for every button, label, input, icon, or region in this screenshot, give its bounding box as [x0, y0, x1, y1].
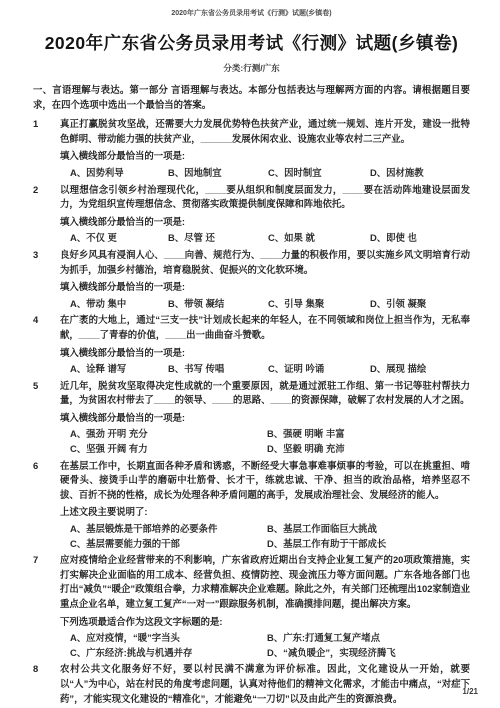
option-b: B、因地制宜	[168, 166, 268, 181]
page-number: 1/21	[462, 687, 478, 696]
option-c: C、证明 吟诵	[268, 362, 370, 377]
question-prompt: 填入横线部分最恰当的一项是:	[60, 346, 470, 361]
section-intro: 一、言语理解与表达。第一部分 言语理解与表达。本部分包括表达与理解两方面的内容。…	[33, 83, 470, 112]
question-number: 3	[33, 248, 60, 311]
option-a: A、强劲 开明 充分	[70, 427, 267, 442]
option-d: D、坚毅 明确 充沛	[267, 442, 470, 457]
option-b: B、广东:打通复工复产堵点	[267, 631, 470, 646]
question-number: 5	[33, 379, 60, 457]
question-1: 1 真正打赢脱贫攻坚战，还需要大力发展优势特色扶贫产业，通过统一规划、连片开发，…	[33, 117, 470, 180]
question-prompt: 下列选项最适合作为这段文字标题的是:	[60, 615, 470, 630]
option-b: B、书写 传唱	[168, 362, 268, 377]
question-6: 6 在基层工作中，长期直面各种矛盾和诱惑，不断经受大事急事难事烦事的考验，可以在…	[33, 459, 470, 552]
option-d: D、引领 凝聚	[370, 297, 470, 312]
question-list: 1 真正打赢脱贫攻坚战，还需要大力发展优势特色扶贫产业，通过统一规划、连片开发，…	[33, 117, 470, 706]
question-body: 农村公共文化服务好不好，要以村民满不满意为评价标准。因此，文化建设从一开始，就要…	[60, 662, 470, 706]
question-5: 5 近几年，脱贫攻坚取得决定性成就的一个重要原因，就是通过派驻工作组、第一书记等…	[33, 379, 470, 457]
question-stem: 良好乡风具有浸润人心、____向善、规范行为、____力量的积极作用，要以实施乡…	[60, 248, 470, 277]
question-stem: 以理想信念引领乡村治理现代化，____要从组织和制度层面发力，____要在活动阵…	[60, 183, 470, 212]
running-header: 2020年广东省公务员录用考试《行测》试题(乡镇卷)	[33, 8, 470, 18]
question-prompt: 填入横线部分最恰当的一项是:	[60, 411, 470, 426]
option-c: C、基层需要能力强的干部	[70, 537, 267, 552]
option-c: C、引导 集聚	[268, 297, 370, 312]
option-d: D、因材施教	[370, 166, 470, 181]
option-c: C、如果 就	[268, 231, 370, 246]
option-b: B、强硬 明晰 丰富	[267, 427, 470, 442]
question-number: 2	[33, 183, 60, 246]
question-body: 真正打赢脱贫攻坚战，还需要大力发展优势特色扶贫产业，通过统一规划、连片开发，建设…	[60, 117, 470, 180]
option-c: C、因时制宜	[268, 166, 370, 181]
question-3: 3 良好乡风具有浸润人心、____向善、规范行为、____力量的积极作用，要以实…	[33, 248, 470, 311]
question-number: 8	[33, 662, 60, 706]
option-b: B、尽管 还	[168, 231, 268, 246]
question-prompt: 填入横线部分最恰当的一项是:	[60, 215, 470, 230]
question-body: 良好乡风具有浸润人心、____向善、规范行为、____力量的积极作用，要以实施乡…	[60, 248, 470, 311]
question-number: 4	[33, 313, 60, 376]
option-a: A、不仅 更	[70, 231, 168, 246]
page-title: 2020年广东省公务员录用考试《行测》试题(乡镇卷)	[33, 30, 470, 55]
option-a: A、诠释 谱写	[70, 362, 168, 377]
question-options: A、因势利导 B、因地制宜 C、因时制宜 D、因材施教	[60, 166, 470, 181]
question-body: 应对疫情给企业经营带来的不利影响，广东省政府近期出台支持企业复工复产的20项政策…	[60, 553, 470, 660]
question-options: A、强劲 开明 充分 B、强硬 明晰 丰富 C、坚强 开阔 有力 D、坚毅 明确…	[60, 427, 470, 456]
question-prompt: 填入横线部分最恰当的一项是:	[60, 280, 470, 295]
question-7: 7 应对疫情给企业经营带来的不利影响，广东省政府近期出台支持企业复工复产的20项…	[33, 553, 470, 660]
option-d: D、基层工作有助于干部成长	[267, 537, 470, 552]
question-stem: 真正打赢脱贫攻坚战，还需要大力发展优势特色扶贫产业，通过统一规划、连片开发，建设…	[60, 117, 470, 146]
option-c: C、广东经济:挑战与机遇并存	[70, 646, 267, 661]
question-stem: 近几年，脱贫攻坚取得决定性成就的一个重要原因，就是通过派驻工作组、第一书记等驻村…	[60, 379, 470, 408]
question-2: 2 以理想信念引领乡村治理现代化，____要从组织和制度层面发力，____要在活…	[33, 183, 470, 246]
option-d: D、即使 也	[370, 231, 470, 246]
question-body: 在基层工作中，长期直面各种矛盾和诱惑，不断经受大事急事难事烦事的考验，可以在挑重…	[60, 459, 470, 552]
question-8: 8 农村公共文化服务好不好，要以村民满不满意为评价标准。因此，文化建设从一开始，…	[33, 662, 470, 706]
option-a: A、应对疫情，“暖”字当头	[70, 631, 267, 646]
question-options: A、基层锻炼是干部培养的必要条件 B、基层工作面临巨大挑战 C、基层需要能力强的…	[60, 522, 470, 551]
question-prompt: 上述文段主要说明了:	[60, 505, 470, 520]
question-stem: 在基层工作中，长期直面各种矛盾和诱惑，不断经受大事急事难事烦事的考验，可以在挑重…	[60, 459, 470, 503]
question-prompt: 填入横线部分最恰当的一项是:	[60, 149, 470, 164]
question-options: A、诠释 谱写 B、书写 传唱 C、证明 吟诵 D、展现 描绘	[60, 362, 470, 377]
exam-page: 2020年广东省公务员录用考试《行测》试题(乡镇卷) 2020年广东省公务员录用…	[0, 0, 500, 706]
option-a: A、因势利导	[70, 166, 168, 181]
question-options: A、不仅 更 B、尽管 还 C、如果 就 D、即使 也	[60, 231, 470, 246]
option-a: A、带动 集中	[70, 297, 168, 312]
question-stem: 在广袤的大地上，通过“三支一扶”计划成长起来的年轻人，在不同领域和岗位上担当作为…	[60, 313, 470, 342]
question-options: A、带动 集中 B、带领 凝结 C、引导 集聚 D、引领 凝聚	[60, 297, 470, 312]
option-b: B、基层工作面临巨大挑战	[267, 522, 470, 537]
question-4: 4 在广袤的大地上，通过“三支一扶”计划成长起来的年轻人，在不同领域和岗位上担当…	[33, 313, 470, 376]
question-stem: 农村公共文化服务好不好，要以村民满不满意为评价标准。因此，文化建设从一开始，就要…	[60, 662, 470, 706]
question-number: 1	[33, 117, 60, 180]
question-body: 近几年，脱贫攻坚取得决定性成就的一个重要原因，就是通过派驻工作组、第一书记等驻村…	[60, 379, 470, 457]
question-body: 以理想信念引领乡村治理现代化，____要从组织和制度层面发力，____要在活动阵…	[60, 183, 470, 246]
question-number: 7	[33, 553, 60, 660]
option-a: A、基层锻炼是干部培养的必要条件	[70, 522, 267, 537]
option-b: B、带领 凝结	[168, 297, 268, 312]
option-d: D、展现 描绘	[370, 362, 470, 377]
question-number: 6	[33, 459, 60, 552]
question-stem: 应对疫情给企业经营带来的不利影响，广东省政府近期出台支持企业复工复产的20项政策…	[60, 553, 470, 611]
question-body: 在广袤的大地上，通过“三支一扶”计划成长起来的年轻人，在不同领域和岗位上担当作为…	[60, 313, 470, 376]
category-line: 分类:行测/广东	[33, 62, 470, 74]
option-c: C、坚强 开阔 有力	[70, 442, 267, 457]
option-d: D、“减负暖企”，实现经济腾飞	[267, 646, 470, 661]
question-options: A、应对疫情，“暖”字当头 B、广东:打通复工复产堵点 C、广东经济:挑战与机遇…	[60, 631, 470, 660]
